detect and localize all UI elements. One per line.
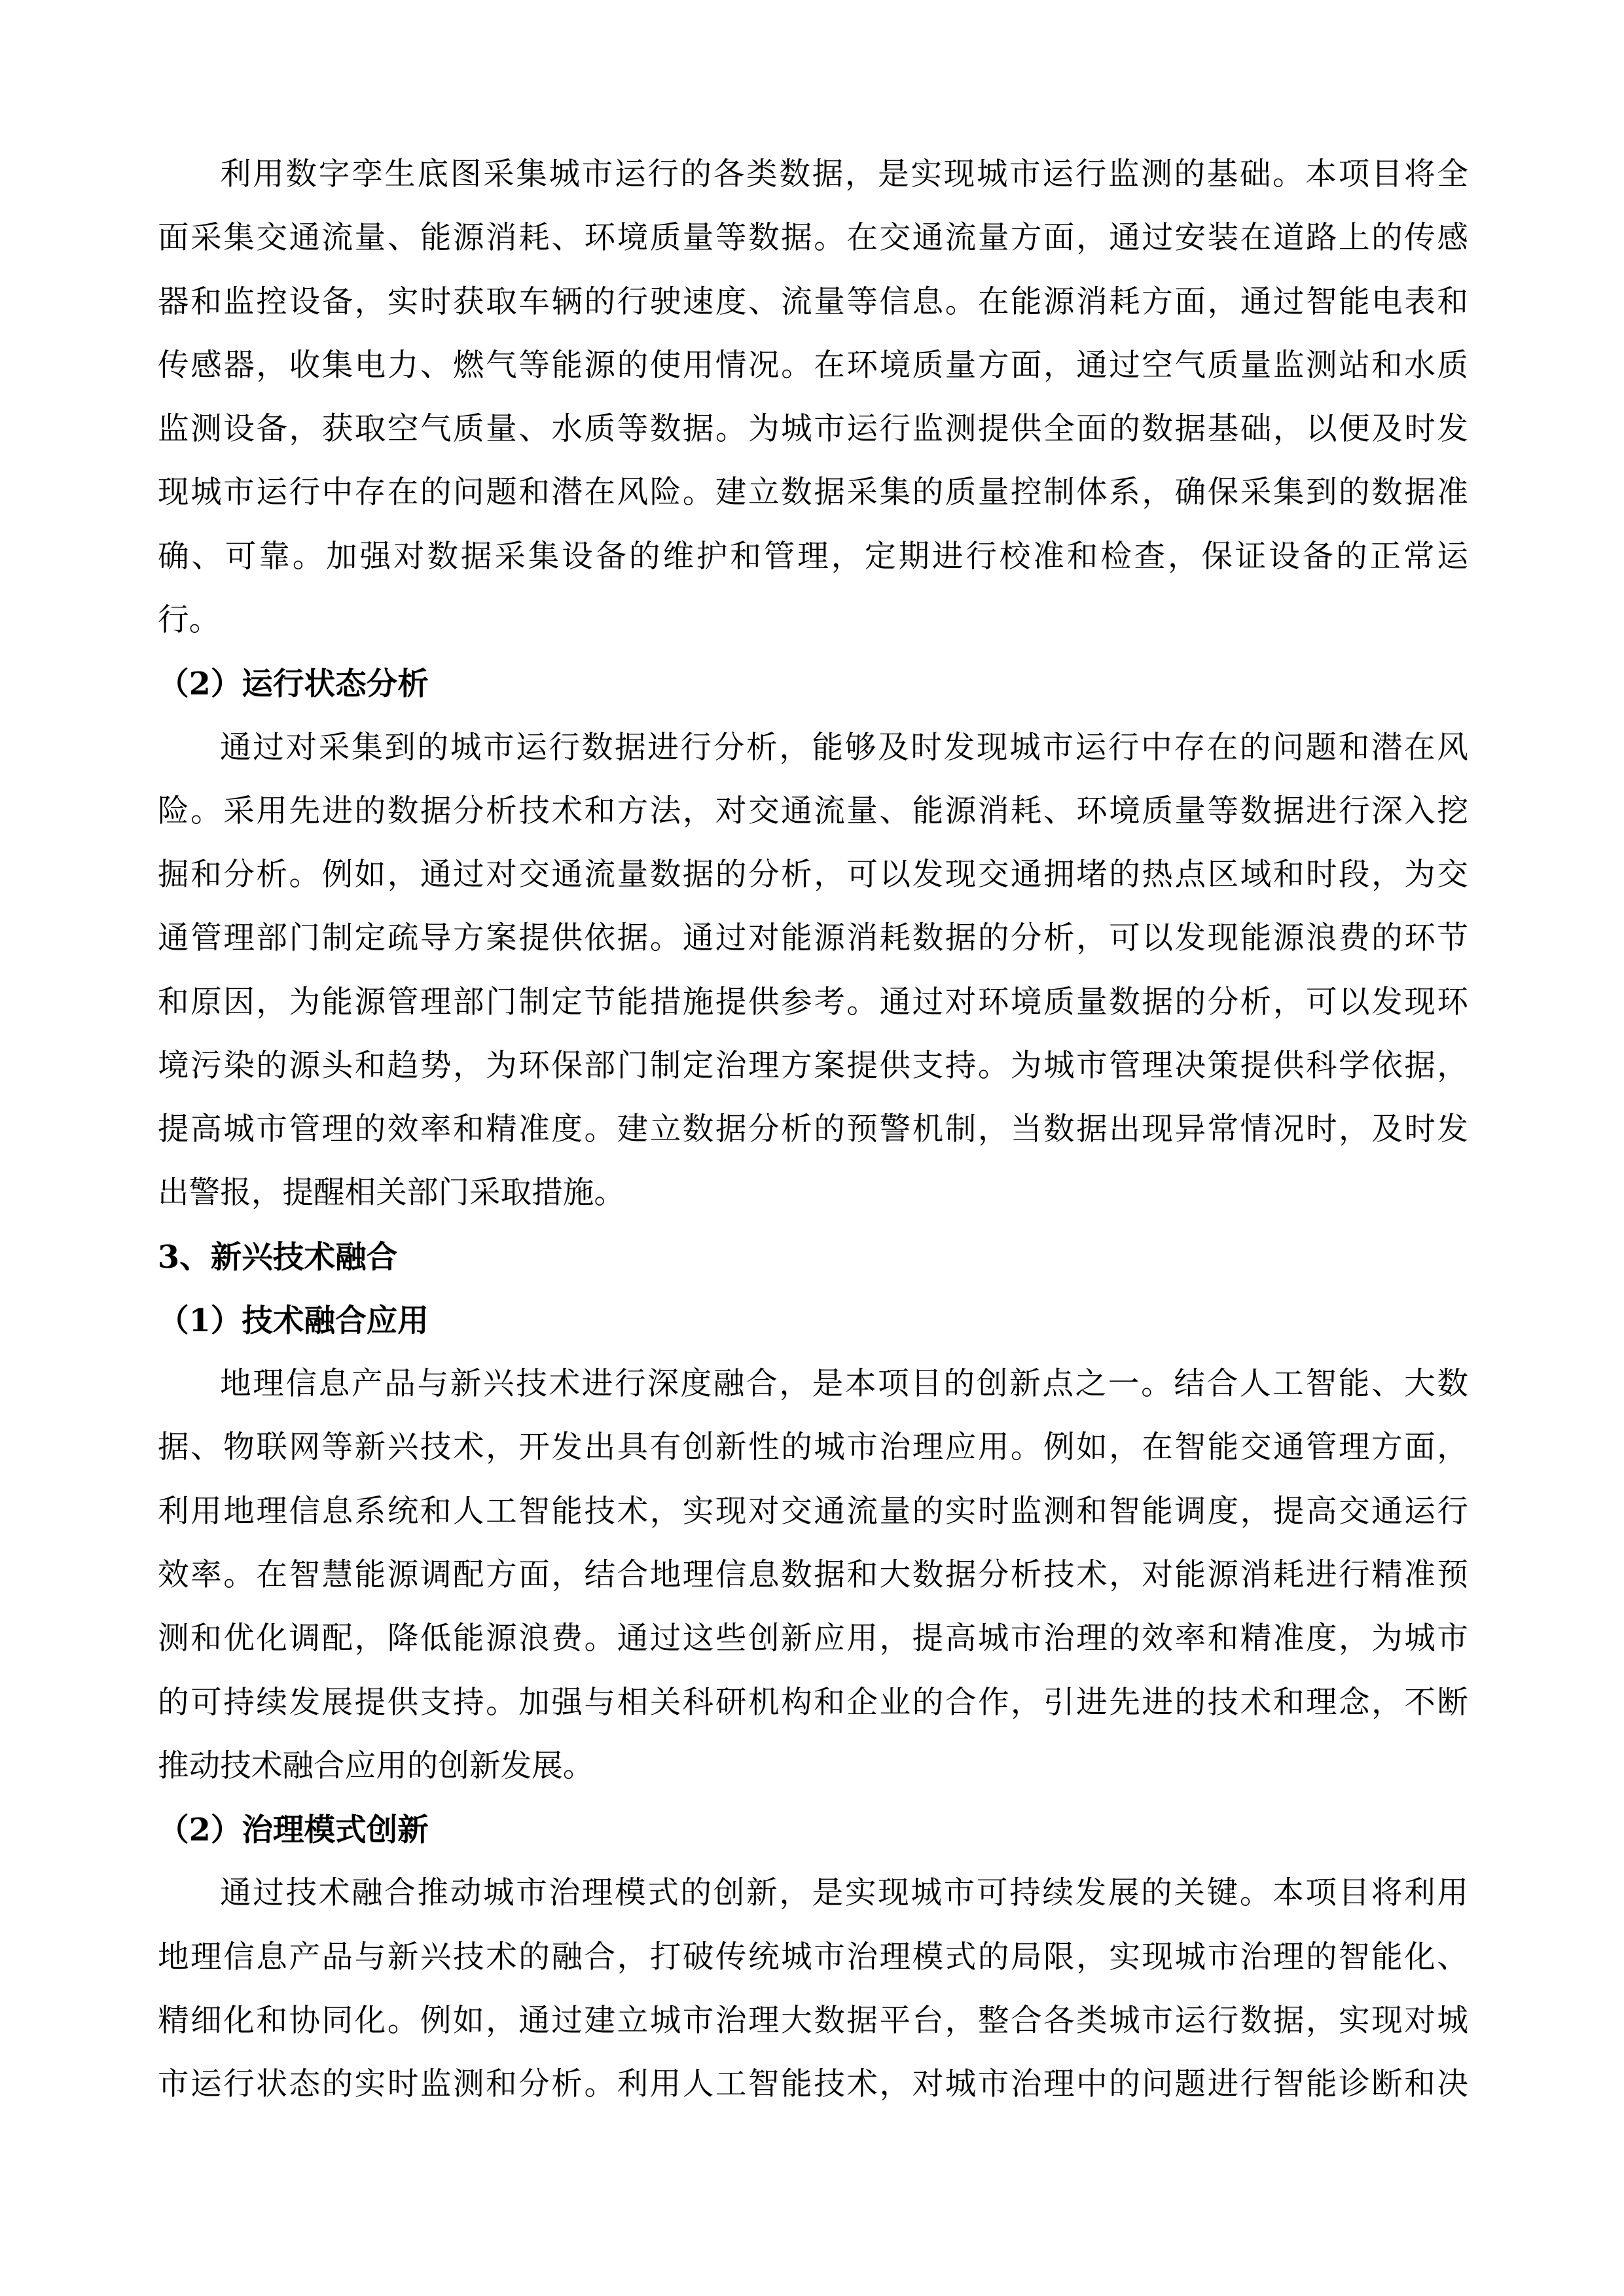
paragraph-line: 通过技术融合推动城市治理模式的创新，是实现城市可持续发展的关键。本项目将利用	[158, 1875, 1468, 1939]
paragraph-line: 地理信息产品与新兴技术的融合，打破传统城市治理模式的局限，实现城市治理的智能化、	[158, 1939, 1468, 2003]
paragraph-line: 面采集交通流量、能源消耗、环境质量等数据。在交通流量方面，通过安装在道路上的传感	[158, 220, 1468, 283]
paragraph-line: 通管理部门制定疏导方案提供依据。通过对能源消耗数据的分析，可以发现能源浪费的环节	[158, 920, 1468, 984]
paragraph-line: 传感器，收集电力、燃气等能源的使用情况。在环境质量方面，通过空气质量监测站和水质	[158, 348, 1468, 411]
paragraph-line: 和原因，为能源管理部门制定节能措施提供参考。通过对环境质量数据的分析，可以发现环	[158, 984, 1468, 1048]
paragraph-line: 地理信息产品与新兴技术进行深度融合，是本项目的创新点之一。结合人工智能、大数	[158, 1366, 1468, 1429]
paragraph-line: 推动技术融合应用的创新发展。	[158, 1748, 1468, 1812]
paragraph-line: 利用数字孪生底图采集城市运行的各类数据，是实现城市运行监测的基础。本项目将全	[158, 156, 1468, 220]
paragraph-line: 效率。在智慧能源调配方面，结合地理信息数据和大数据分析技术，对能源消耗进行精准预	[158, 1557, 1468, 1621]
paragraph-line: 精细化和协同化。例如，通过建立城市治理大数据平台，整合各类城市运行数据，实现对城	[158, 2003, 1468, 2066]
paragraph-line: 行。	[158, 602, 1468, 666]
paragraph-line: 出警报，提醒相关部门采取措施。	[158, 1175, 1468, 1238]
paragraph-line: 确、可靠。加强对数据采集设备的维护和管理，定期进行校准和检查，保证设备的正常运	[158, 539, 1468, 602]
document-page: 利用数字孪生底图采集城市运行的各类数据，是实现城市运行监测的基础。本项目将全 面…	[0, 0, 1624, 2296]
paragraph-line: 提高城市管理的效率和精准度。建立数据分析的预警机制，当数据出现异常情况时，及时发	[158, 1111, 1468, 1175]
section-heading-emerging-tech: 3、新兴技术融合	[158, 1239, 1468, 1302]
subheading-operation-analysis: （2）运行状态分析	[158, 666, 1468, 729]
paragraph-line: 险。采用先进的数据分析技术和方法，对交通流量、能源消耗、环境质量等数据进行深入挖	[158, 793, 1468, 857]
paragraph-line: 测和优化调配，降低能源浪费。通过这些创新应用，提高城市治理的效率和精准度，为城市	[158, 1621, 1468, 1684]
paragraph-line: 现城市运行中存在的问题和潜在风险。建立数据采集的质量控制体系，确保采集到的数据准	[158, 475, 1468, 538]
paragraph-line: 市运行状态的实时监测和分析。利用人工智能技术，对城市治理中的问题进行智能诊断和决	[158, 2066, 1468, 2130]
subheading-tech-fusion-application: （1）技术融合应用	[158, 1302, 1468, 1366]
paragraph-line: 利用地理信息系统和人工智能技术，实现对交通流量的实时监测和智能调度，提高交通运行	[158, 1494, 1468, 1557]
subheading-governance-innovation: （2）治理模式创新	[158, 1812, 1468, 1875]
paragraph-line: 境污染的源头和趋势，为环保部门制定治理方案提供支持。为城市管理决策提供科学依据，	[158, 1048, 1468, 1111]
paragraph-line: 监测设备，获取空气质量、水质等数据。为城市运行监测提供全面的数据基础，以便及时发	[158, 411, 1468, 475]
paragraph-line: 器和监控设备，实时获取车辆的行驶速度、流量等信息。在能源消耗方面，通过智能电表和	[158, 284, 1468, 348]
paragraph-line: 掘和分析。例如，通过对交通流量数据的分析，可以发现交通拥堵的热点区域和时段，为交	[158, 857, 1468, 920]
paragraph-line: 的可持续发展提供支持。加强与相关科研机构和企业的合作，引进先进的技术和理念，不断	[158, 1685, 1468, 1748]
paragraph-line: 通过对采集到的城市运行数据进行分析，能够及时发现城市运行中存在的问题和潜在风	[158, 730, 1468, 793]
paragraph-line: 据、物联网等新兴技术，开发出具有创新性的城市治理应用。例如，在智能交通管理方面，	[158, 1429, 1468, 1493]
